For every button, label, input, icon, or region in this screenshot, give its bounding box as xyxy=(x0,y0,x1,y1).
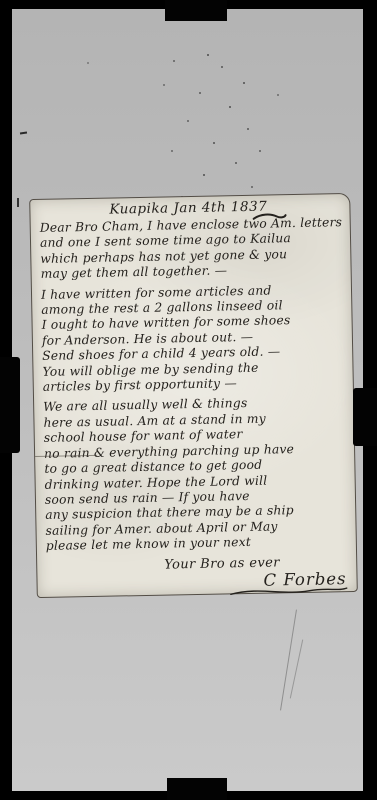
film-notch-bottom xyxy=(167,778,227,800)
letter-paragraph: I have written for some articles andamon… xyxy=(41,282,347,396)
letter-paragraph: We are all usually well & thingshere as … xyxy=(43,395,350,555)
film-clip-right xyxy=(353,388,377,446)
scratch-mark xyxy=(280,610,297,711)
letter-signature: C Forbes xyxy=(263,569,346,590)
scratch-mark xyxy=(290,640,303,699)
letter-dateline: Kuapika Jan 4th 1837 xyxy=(109,197,343,217)
dust-speckles xyxy=(207,54,209,56)
film-notch-top xyxy=(165,0,227,21)
film-clip-left xyxy=(0,357,20,453)
letter-paragraph: Dear Bro Cham, I have enclose two Am. le… xyxy=(40,215,345,282)
film-edge-mark xyxy=(17,198,19,207)
letter-body: Dear Bro Cham, I have enclose two Am. le… xyxy=(40,215,350,554)
letter-paper: Kuapika Jan 4th 1837 Dear Bro Cham, I ha… xyxy=(29,193,358,598)
microfilm-frame: Kuapika Jan 4th 1837 Dear Bro Cham, I ha… xyxy=(0,0,377,800)
dateline-flourish-icon xyxy=(253,212,287,221)
signature-row: C Forbes xyxy=(46,569,350,599)
